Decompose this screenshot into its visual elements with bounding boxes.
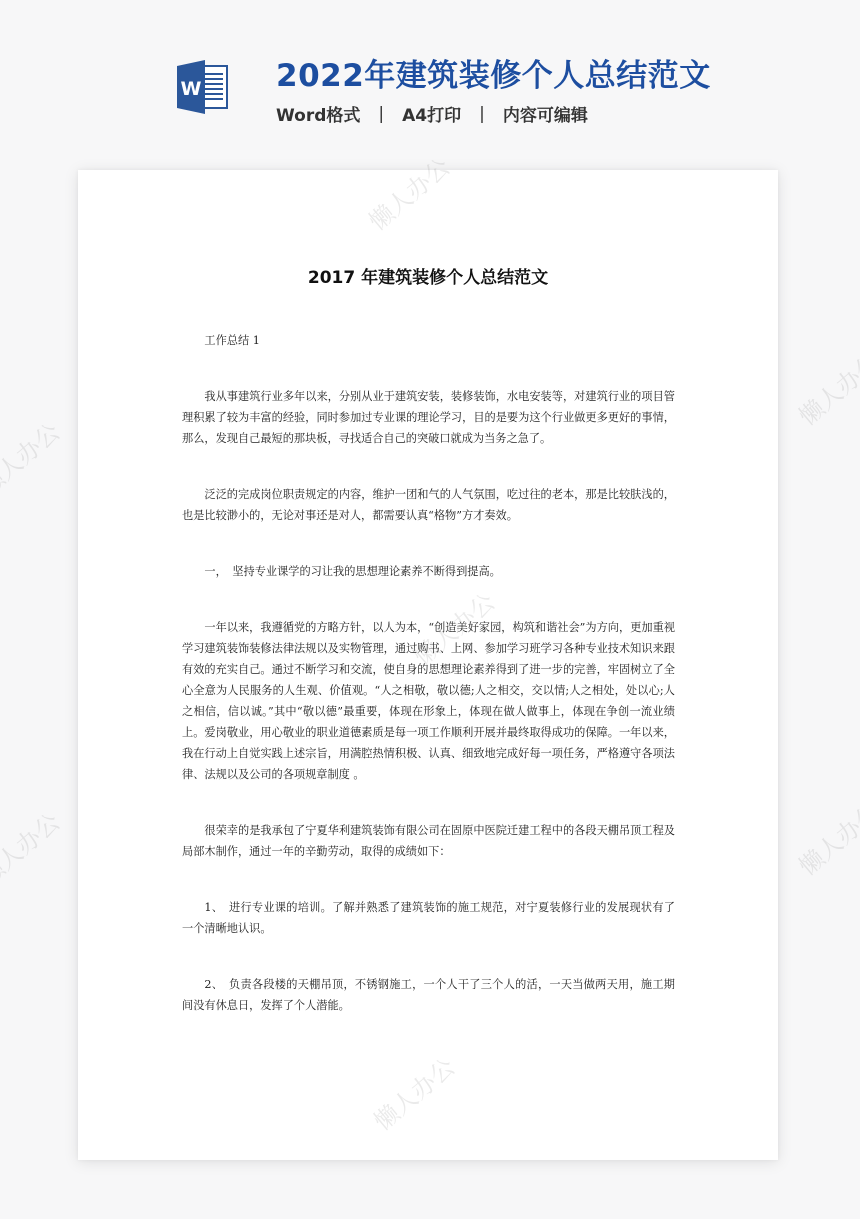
header: W 2022年建筑装修个人总结范文 Word格式 | A4打印 | 内容可编辑 [0, 0, 860, 170]
list-item: 1、 进行专业课的培训。了解并熟悉了建筑装饰的施工规范，对宁夏装修行业的发展现状… [182, 897, 675, 939]
paragraph: 我从事建筑行业多年以来，分别从业于建筑安装，装修装饰，水电安装等，对建筑行业的项… [182, 386, 675, 449]
watermark: 懒人办公 [0, 413, 66, 502]
feature-editable: 内容可编辑 [503, 101, 588, 126]
section-heading: 一， 坚持专业课学的习让我的思想理论素养不断得到提高。 [182, 561, 675, 582]
watermark: 懒人办公 [790, 343, 860, 432]
paragraph: 一年以来，我遵循党的方略方针，以人为本，“创造美好家园，构筑和谐社会”为方向，更… [182, 617, 675, 785]
word-document-icon: W [175, 60, 231, 114]
feature-word-format: Word格式 [276, 101, 360, 126]
list-item: 2、 负责各段楼的天棚吊顶，不锈钢施工，一个人干了三个人的活，一天当做两天用，施… [182, 974, 675, 1016]
section-label: 工作总结 1 [182, 330, 675, 351]
paragraph: 泛泛的完成岗位职责规定的内容，维护一团和气的人气氛围，吃过往的老本，那是比较肤浅… [182, 484, 675, 526]
document-body: 工作总结 1 我从事建筑行业多年以来，分别从业于建筑安装，装修装饰，水电安装等，… [182, 330, 675, 1016]
watermark: 懒人办公 [790, 793, 860, 882]
feature-a4-print: A4打印 [402, 101, 461, 126]
separator: | [479, 104, 485, 124]
main-title: 2022年建筑装修个人总结范文 [276, 50, 711, 95]
paragraph: 很荣幸的是我承包了宁夏华利建筑装饰有限公司在固原中医院迁建工程中的各段天棚吊顶工… [182, 820, 675, 862]
watermark: 懒人办公 [0, 803, 66, 892]
separator: | [378, 104, 384, 124]
document-page: 2017 年建筑装修个人总结范文 工作总结 1 我从事建筑行业多年以来，分别从业… [78, 170, 778, 1160]
feature-list: Word格式 | A4打印 | 内容可编辑 [276, 101, 588, 126]
svg-text:W: W [181, 78, 202, 100]
document-title: 2017 年建筑装修个人总结范文 [78, 263, 778, 288]
